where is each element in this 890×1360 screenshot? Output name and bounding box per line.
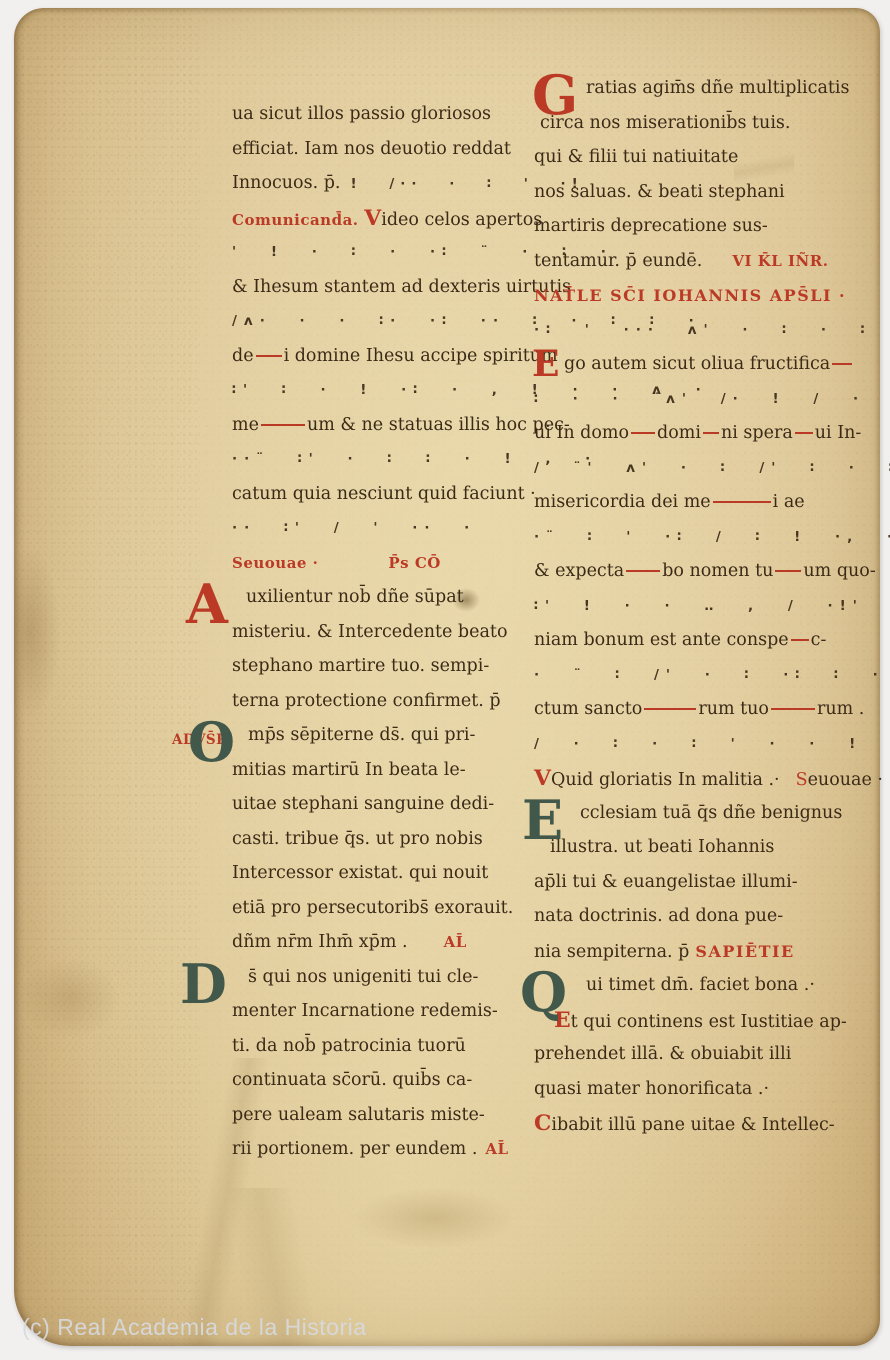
manuscript-line: ctum sanctorum tuorum . xyxy=(534,693,882,728)
manuscript-line: continuata sc̄orū. quib̄s ca- xyxy=(232,1064,534,1099)
text-run: ibabit illū pane uitae & Intellec- xyxy=(551,1115,834,1135)
manuscript-line: catum quia nesciunt quid faciunt · xyxy=(232,478,534,513)
neume-run: / · ∶ · ∶ ' · · ! / xyxy=(534,736,890,752)
manuscript-line: & expectabo nomen tuum quo- xyxy=(534,555,882,590)
neume-line: ·∶ ' ··· ʌ' · ∶ · ∶ ' · xyxy=(534,314,882,349)
parchment-page: ua sicut illos passio gloriososefficiat.… xyxy=(14,8,880,1346)
text-run: S xyxy=(796,770,808,790)
text-run: nos saluas. & beati stephani xyxy=(534,182,785,202)
red-extender-line xyxy=(644,706,696,710)
text-run: C xyxy=(534,1110,551,1136)
manuscript-line: etiā pro persecutoribs̄ exorauit. xyxy=(232,892,534,927)
text-run: i domine Ihesu accipe spiritum xyxy=(284,346,558,366)
manuscript-line: misteriu. & Intercedente beato xyxy=(232,616,534,651)
manuscript-line: martiris deprecatione sus- xyxy=(534,210,882,245)
manuscript-line: pere ualeam salutaris miste- xyxy=(232,1099,534,1134)
text-run: terna protectione confirmet. p̄ xyxy=(232,691,501,711)
text-run: um quo- xyxy=(803,561,875,581)
manuscript-line: Seuouae ·P̄s CŌ xyxy=(232,547,534,582)
text-run: ui In domo xyxy=(534,423,629,443)
text-run: i ae xyxy=(773,492,805,512)
parchment-speckle-left-margin xyxy=(14,8,199,1346)
neume-run: / ¨' ʌ' · ∶ /' ∶ · ∶ · xyxy=(534,460,890,476)
red-extender-line xyxy=(832,361,852,365)
text-run: me xyxy=(232,415,259,435)
text-run: Seuouae · xyxy=(232,554,318,572)
text-run: P̄s CŌ xyxy=(388,554,440,572)
red-extender-line xyxy=(261,422,305,426)
illuminated-initial: Q xyxy=(520,965,567,1019)
text-run: Intercessor existat. qui nouit xyxy=(232,863,488,883)
manuscript-line: Auxilientur nob̄ dñe sūpat xyxy=(232,581,534,616)
text-run: ua sicut illos passio gloriosos xyxy=(232,104,491,124)
scanned-manuscript-view: { "palette": { "ink": "#3b2a16", "red": … xyxy=(0,0,890,1360)
spacer xyxy=(780,784,796,785)
manuscript-line: casti. tribue q̄s. ut pro nobis xyxy=(232,823,534,858)
red-extender-line xyxy=(775,568,801,572)
red-extender-line xyxy=(631,430,655,434)
text-run: cclesiam tuā q̄s dñe benignus xyxy=(580,803,842,823)
illuminated-initial: A xyxy=(186,577,228,631)
text-run: rii portionem. per eundem . xyxy=(232,1139,477,1159)
text-run: qui & filii tui natiuitate xyxy=(534,147,738,167)
neume-line: ' ! · ∶ · ·∶ ¨ · ∶ · xyxy=(232,236,534,271)
neume-run: ·∶ ' ··· ʌ' · ∶ · ∶ ' · xyxy=(534,322,890,338)
red-extender-line xyxy=(626,568,660,572)
manuscript-line: Ecclesiam tuā q̄s dñe benignus xyxy=(534,797,882,832)
text-run: s̄ qui nos unigeniti tui cle- xyxy=(248,967,478,987)
text-run: ideo celos apertos xyxy=(381,210,542,230)
text-run: Innocuos. p̄. xyxy=(232,173,340,193)
manuscript-line: uitae stephani sanguine dedi- xyxy=(232,788,534,823)
manuscript-line: nata doctrinis. ad dona pue- xyxy=(534,900,882,935)
manuscript-line: Cibabit illū pane uitae & Intellec- xyxy=(534,1107,882,1142)
manuscript-line: quasi mater honorificata .· xyxy=(534,1073,882,1108)
red-extender-line xyxy=(256,353,282,357)
neume-line: ·¨ ∶ ' ·∶ / ∶ ! ·, · xyxy=(534,521,882,556)
text-run: continuata sc̄orū. quib̄s ca- xyxy=(232,1070,472,1090)
neume-line: / ¨' ʌ' · ∶ /' ∶ · ∶ · xyxy=(534,452,882,487)
text-run: de xyxy=(232,346,254,366)
text-run: domi xyxy=(657,423,701,443)
red-extender-line xyxy=(771,706,815,710)
text-run: ni spera xyxy=(721,423,793,443)
red-extender-line xyxy=(791,637,809,641)
manuscript-line: efficiat. Iam nos deuotio reddat xyxy=(232,133,534,168)
manuscript-line: Intercessor existat. qui nouit xyxy=(232,857,534,892)
manuscript-line: VQuid gloriatis In malitia .·Seuouae · xyxy=(534,762,882,797)
neume-run: ·¨ ∶ ' ·∶ / ∶ ! ·, · xyxy=(534,529,890,545)
text-run: & Ihesum stantem ad dexteris uirtutis xyxy=(232,277,571,297)
illuminated-initial: E xyxy=(522,793,563,847)
manuscript-line: dñm nr̄m Ihm̄ xp̄m .AL̄ xyxy=(232,926,534,961)
text-run: ratias agim̄s dñe multiplicatis xyxy=(586,78,850,98)
text-run: nia sempiterna. p̄ xyxy=(534,942,689,962)
text-run: rum tuo xyxy=(698,699,769,719)
text-run: prehendet illā. & obuiabit illi xyxy=(534,1044,791,1064)
text-run: um & ne statuas illis hoc pec- xyxy=(307,415,570,435)
manuscript-line: Gratias agim̄s dñe multiplicatis xyxy=(534,72,882,107)
text-run: etiā pro persecutoribs̄ exorauit. xyxy=(232,898,513,918)
text-run: V xyxy=(364,205,381,231)
copyright-watermark: (c) Real Academia de la Historia xyxy=(22,1314,367,1341)
text-run: AL̄ xyxy=(485,1140,508,1158)
text-run: mitias martirū In beata le- xyxy=(232,760,466,780)
manuscript-line: Ds̄ qui nos unigeniti tui cle- xyxy=(232,961,534,996)
manuscript-line: circa nos miserationib̄s tuis. xyxy=(534,107,882,142)
text-run: AL̄ xyxy=(444,933,467,951)
manuscript-line: Et qui continens est Iustitiae ap- xyxy=(534,1004,882,1039)
manuscript-line: menter Incarnatione redemis- xyxy=(232,995,534,1030)
manuscript-line: dei domine Ihesu accipe spiritum xyxy=(232,340,534,375)
neume-line: · ¨ ∶ /' · ∶ ·∶ ∶ · xyxy=(534,659,882,694)
manuscript-line: Ego autem sicut oliua fructifica xyxy=(534,348,882,383)
red-extender-line xyxy=(703,430,719,434)
text-run: menter Incarnatione redemis- xyxy=(232,1001,498,1021)
manuscript-line: misericordia dei mei ae xyxy=(534,486,882,521)
illuminated-initial: D xyxy=(180,957,227,1011)
spacer xyxy=(318,567,388,568)
text-run: casti. tribue q̄s. ut pro nobis xyxy=(232,829,483,849)
neume-line: ∶' ! · · ‥ , / ·!' xyxy=(534,590,882,625)
text-run: c- xyxy=(811,630,827,650)
manuscript-line: ti. da nob̄ patrocinia tuorū xyxy=(232,1030,534,1065)
neume-line: ∶' ∶ · ! ·∶ · , ! · · ʌ · xyxy=(232,374,534,409)
text-run: ctum sancto xyxy=(534,699,642,719)
spacer xyxy=(408,946,444,947)
text-run: ui timet dm̄. faciet bona .· xyxy=(586,975,815,995)
manuscript-line: illustra. ut beati Iohannis xyxy=(534,831,882,866)
text-run: efficiat. Iam nos deuotio reddat xyxy=(232,139,511,159)
text-run: mp̄s sēpiterne ds̄. qui pri- xyxy=(248,725,475,745)
red-extender-line xyxy=(713,499,771,503)
text-run: VI K̄L IÑR. xyxy=(732,252,828,270)
text-run: t qui continens est Iustitiae ap- xyxy=(571,1012,847,1032)
manuscript-line: stephano martire tuo. sempi- xyxy=(232,650,534,685)
text-run: uxilientur nob̄ dñe sūpat xyxy=(246,587,464,607)
neume-line: ··¨ ∶' · ∶ ∶ · ! , · xyxy=(232,443,534,478)
text-run: stephano martire tuo. sempi- xyxy=(232,656,489,676)
manuscript-line: ap̄li tui & euangelistae illumi- xyxy=(534,866,882,901)
text-run: ap̄li tui & euangelistae illumi- xyxy=(534,872,798,892)
text-run: illustra. ut beati Iohannis xyxy=(550,837,774,857)
neume-run: ·· ∶' / ' ·· · xyxy=(232,520,476,536)
manuscript-line: terna protectione confirmet. p̄ xyxy=(232,685,534,720)
neume-line: ∶ · · ¨ʌ' /· ! / · · ∶ ·· xyxy=(534,383,882,418)
text-run: NAT̄LE SC̄I IOHANNIS APS̄LI · xyxy=(534,286,846,305)
manuscript-line: prehendet illā. & obuiabit illi xyxy=(534,1038,882,1073)
text-run: euouae · xyxy=(808,770,883,790)
manuscript-line: Innocuos. p̄.! /·· · ∶ ' ·! xyxy=(232,167,534,202)
neume-run: ∶' ! · · ‥ , / ·!' xyxy=(534,598,864,614)
text-run: misericordia dei me xyxy=(534,492,711,512)
manuscript-line: ui In domodomini speraui In- xyxy=(534,417,882,452)
text-run: tentamur. p̄ eundē. xyxy=(534,251,702,271)
manuscript-line: ua sicut illos passio gloriosos xyxy=(232,98,534,133)
text-run: misteriu. & Intercedente beato xyxy=(232,622,508,642)
manuscript-column-left: ua sicut illos passio gloriososefficiat.… xyxy=(232,98,534,1168)
text-run: catum quia nesciunt quid faciunt · xyxy=(232,484,536,504)
neume-line: /ʌ· · · ∶· ·∶ ·· ∶ · ∶ ∶ · xyxy=(232,305,534,340)
text-run: Quid gloriatis In malitia .· xyxy=(551,770,780,790)
red-extender-line xyxy=(795,430,813,434)
text-run: pere ualeam salutaris miste- xyxy=(232,1105,485,1125)
text-run: quasi mater honorificata .· xyxy=(534,1079,769,1099)
manuscript-line: Comunicand̄a. Video celos apertos xyxy=(232,202,534,237)
manuscript-line: qui & filii tui natiuitate xyxy=(534,141,882,176)
manuscript-line: OADVS̄Rmp̄s sēpiterne ds̄. qui pri- xyxy=(232,719,534,754)
text-run: ti. da nob̄ patrocinia tuorū xyxy=(232,1036,466,1056)
text-run: nata doctrinis. ad dona pue- xyxy=(534,906,783,926)
neume-line: / · ∶ · ∶ ' · · ! / xyxy=(534,728,882,763)
neume-run: · ¨ ∶ /' · ∶ ·∶ ∶ · xyxy=(534,667,885,683)
text-run: rum . xyxy=(817,699,864,719)
manuscript-line: rii portionem. per eundem .AL̄ xyxy=(232,1133,534,1168)
manuscript-line: nos saluas. & beati stephani xyxy=(534,176,882,211)
manuscript-line: NAT̄LE SC̄I IOHANNIS APS̄LI · xyxy=(534,279,882,314)
text-run: Comunicand̄a. xyxy=(232,211,364,229)
manuscript-line: Qui timet dm̄. faciet bona .· xyxy=(534,969,882,1004)
manuscript-line: nia sempiterna. p̄SAPIĒTIE xyxy=(534,935,882,970)
text-run: go autem sicut oliua fructifica xyxy=(564,354,830,374)
manuscript-line: niam bonum est ante conspec- xyxy=(534,624,882,659)
manuscript-column-right: Gratias agim̄s dñe multiplicatiscirca no… xyxy=(534,72,882,1142)
manuscript-line: meum & ne statuas illis hoc pec- xyxy=(232,409,534,444)
neume-run: ∶ · · ¨ʌ' /· ! / · · ∶ ·· xyxy=(534,391,890,407)
text-run: uitae stephani sanguine dedi- xyxy=(232,794,494,814)
spacer xyxy=(702,265,732,266)
text-run: & expecta xyxy=(534,561,624,581)
illuminated-initial: G xyxy=(532,68,578,122)
text-run: niam bonum est ante conspe xyxy=(534,630,789,650)
illuminated-initial: E xyxy=(532,346,559,382)
text-run: martiris deprecatione sus- xyxy=(534,216,768,236)
text-run: bo nomen tu xyxy=(662,561,773,581)
manuscript-line: mitias martirū In beata le- xyxy=(232,754,534,789)
illuminated-initial: O xyxy=(188,715,235,769)
neume-line: ·· ∶' / ' ·· · xyxy=(232,512,534,547)
text-run: dñm nr̄m Ihm̄ xp̄m . xyxy=(232,932,408,952)
manuscript-line: & Ihesum stantem ad dexteris uirtutis xyxy=(232,271,534,306)
text-run: SAPIĒTIE xyxy=(695,942,794,961)
text-run: ui In- xyxy=(815,423,862,443)
manuscript-line: tentamur. p̄ eundē.VI K̄L IÑR. xyxy=(534,245,882,280)
